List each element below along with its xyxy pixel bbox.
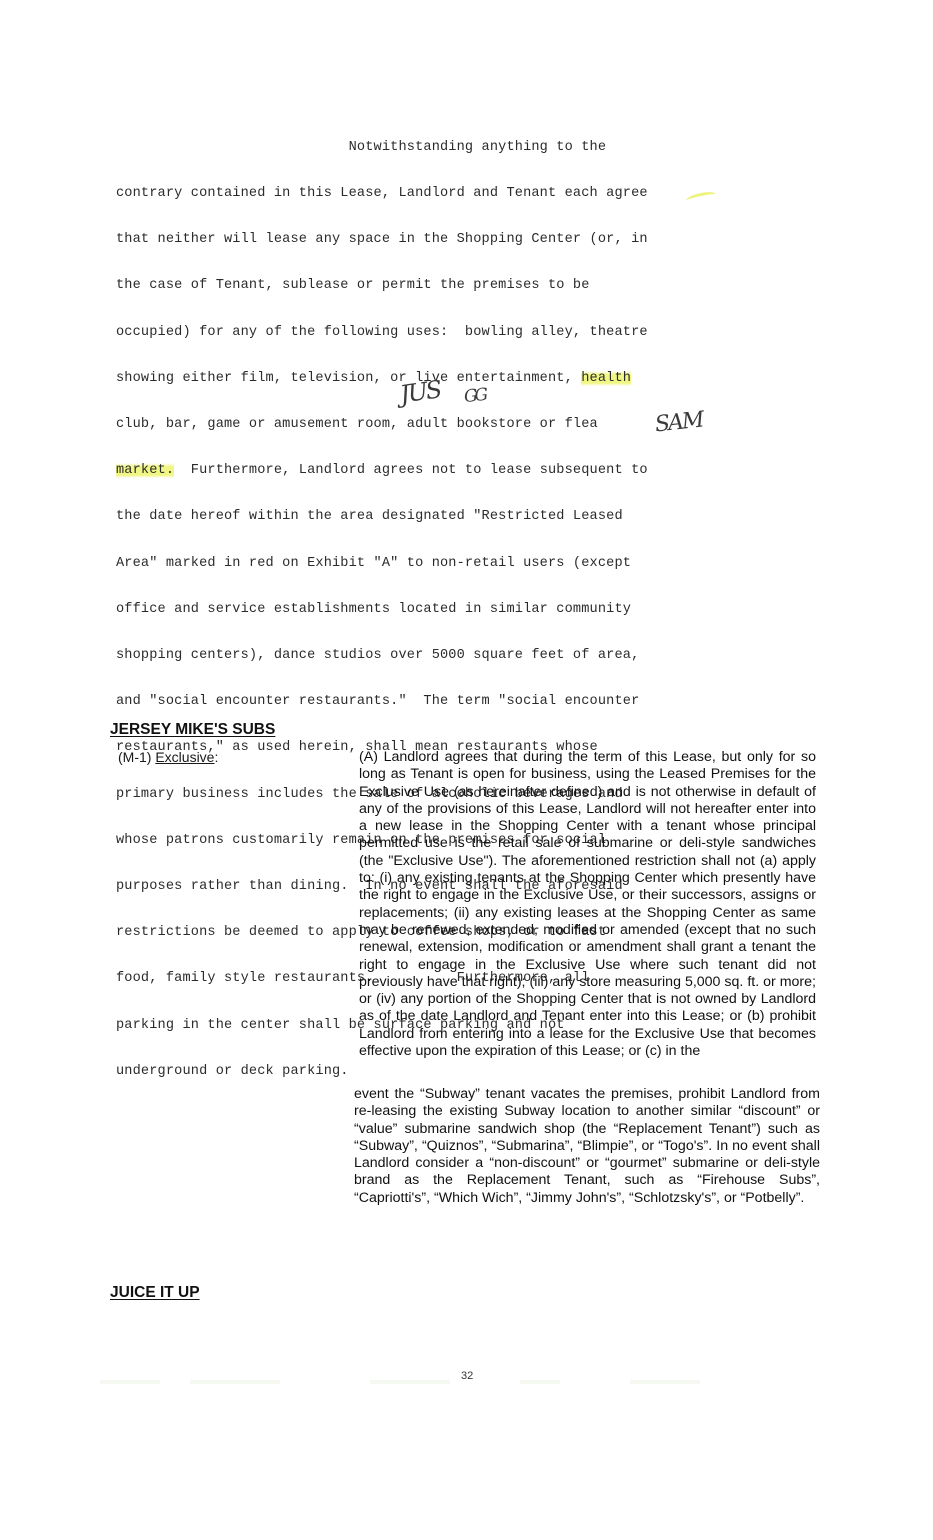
document-page: Notwithstanding anything to the contrary… — [0, 0, 933, 1540]
section-heading-juice-it-up: JUICE IT UP — [110, 1284, 200, 1302]
clause-line: office and service establishments locate… — [116, 602, 716, 617]
scan-artifact — [370, 1380, 450, 1384]
clause-line: underground or deck parking. — [116, 1064, 716, 1079]
scan-artifact — [190, 1380, 280, 1384]
section-heading-jersey-mikes: JERSEY MIKE'S SUBS — [110, 721, 275, 739]
clause-line-highlighted: market. Furthermore, Landlord agrees not… — [116, 463, 716, 478]
clause-line: Area" marked in red on Exhibit "A" to no… — [116, 556, 716, 571]
scan-artifact — [520, 1380, 560, 1384]
subsection-number: (M-1) — [118, 749, 155, 765]
exclusive-subsection-label: (M-1) Exclusive: — [118, 749, 218, 765]
clause-line-text: showing either film, television, or live… — [116, 371, 581, 386]
scan-artifact — [630, 1380, 700, 1384]
clause-line: club, bar, game or amusement room, adult… — [116, 417, 716, 432]
exclusive-paragraph-a: (A) Landlord agrees that during the term… — [359, 749, 816, 1060]
clause-line-text: Furthermore, Landlord agrees not to leas… — [174, 463, 648, 478]
clause-line: Notwithstanding anything to the — [116, 140, 716, 155]
scan-artifact — [100, 1380, 160, 1384]
clause-line: and "social encounter restaurants." The … — [116, 694, 716, 709]
clause-line: occupied) for any of the following uses:… — [116, 325, 716, 340]
highlighted-text: market. — [116, 463, 174, 478]
clause-line: shopping centers), dance studios over 50… — [116, 648, 716, 663]
exclusive-paragraph-continuation: event the “Subway” tenant vacates the pr… — [354, 1086, 820, 1207]
clause-line: the date hereof within the area designat… — [116, 509, 716, 524]
handwritten-initials: JUS — [398, 375, 442, 408]
clause-line: that neither will lease any space in the… — [116, 232, 716, 247]
handwritten-initials: GG — [463, 385, 486, 407]
subsection-colon: : — [214, 749, 218, 765]
clause-line: the case of Tenant, sublease or permit t… — [116, 278, 716, 293]
clause-line: contrary contained in this Lease, Landlo… — [116, 186, 716, 201]
handwritten-initials: SAM — [654, 408, 704, 438]
subsection-title: Exclusive — [155, 749, 214, 765]
highlighted-text: health — [581, 371, 631, 386]
page-number: 32 — [461, 1370, 473, 1382]
